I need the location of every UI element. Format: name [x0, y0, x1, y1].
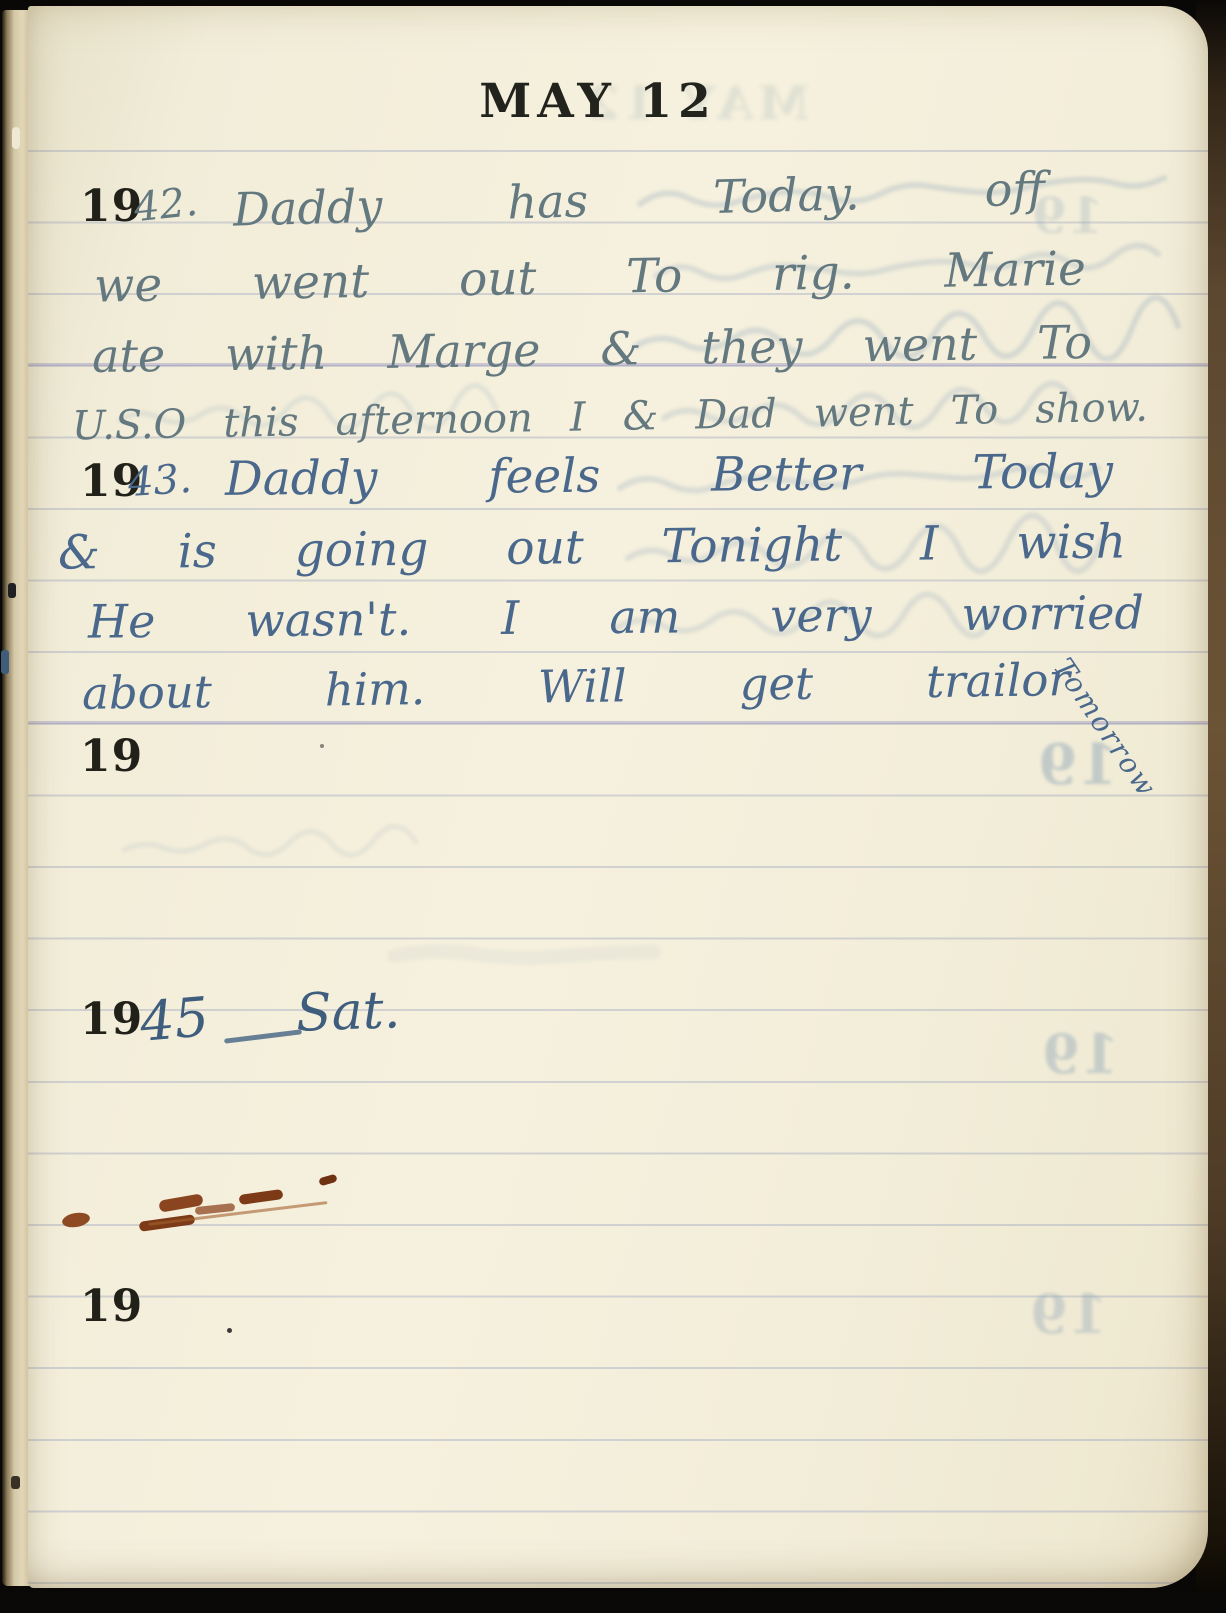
entry-1942-line: wewentoutTorig.Marie — [94, 241, 1087, 313]
diary-page: MAY 12 19 19 19 19 MAY 12 19 19 19 19 19… — [28, 6, 1208, 1588]
page-edge-mark — [11, 1476, 20, 1489]
entry-1942-line: atewithMarge&theywentTo — [92, 315, 1093, 383]
entry-1942-line: DaddyhasToday.off — [232, 161, 1045, 236]
book-cover-edge — [0, 1593, 1226, 1613]
margin-ink-mark — [8, 583, 16, 598]
entry-1945-year: 45 — [137, 985, 211, 1054]
ruled-line-strong — [28, 721, 1208, 724]
ink-dash — [224, 1029, 302, 1043]
entry-1945-line: Sat. — [295, 980, 401, 1044]
entry-1943-line: &isgoingoutTonightIwish — [58, 514, 1127, 580]
year-stub-3: 19 — [80, 731, 143, 782]
entry-1943-line: Hewasn't.Iamveryworried — [88, 585, 1144, 648]
entry-1943-line: abouthim.Willgettrailor — [82, 653, 1071, 720]
stain-mark — [239, 1189, 284, 1205]
ghost-year-bleed: 19 — [1040, 1022, 1119, 1086]
page-title: MAY 12 — [448, 74, 748, 129]
stain-mark — [61, 1211, 91, 1230]
entry-1942-line: U.S.OthisafternoonI&DadwentToshow. — [72, 385, 1149, 450]
ink-dot — [227, 1328, 232, 1333]
margin-ink-mark — [1, 650, 9, 674]
entry-1943-line: DaddyfeelsBetterToday — [225, 444, 1113, 507]
page-edge-notch — [12, 127, 20, 149]
year-stub-4: 19 — [80, 994, 143, 1045]
book-page-edges — [2, 10, 29, 1586]
diary-page-scan: MAY 12 19 19 19 19 MAY 12 19 19 19 19 19… — [0, 0, 1226, 1613]
ghost-year-bleed: 19 — [1028, 1282, 1107, 1346]
stain-mark — [318, 1174, 338, 1187]
year-stub-5: 19 — [80, 1281, 143, 1332]
entry-1942-year: 42. — [132, 179, 200, 231]
entry-1943-year: 43. — [126, 456, 193, 506]
ink-dot — [320, 744, 324, 748]
